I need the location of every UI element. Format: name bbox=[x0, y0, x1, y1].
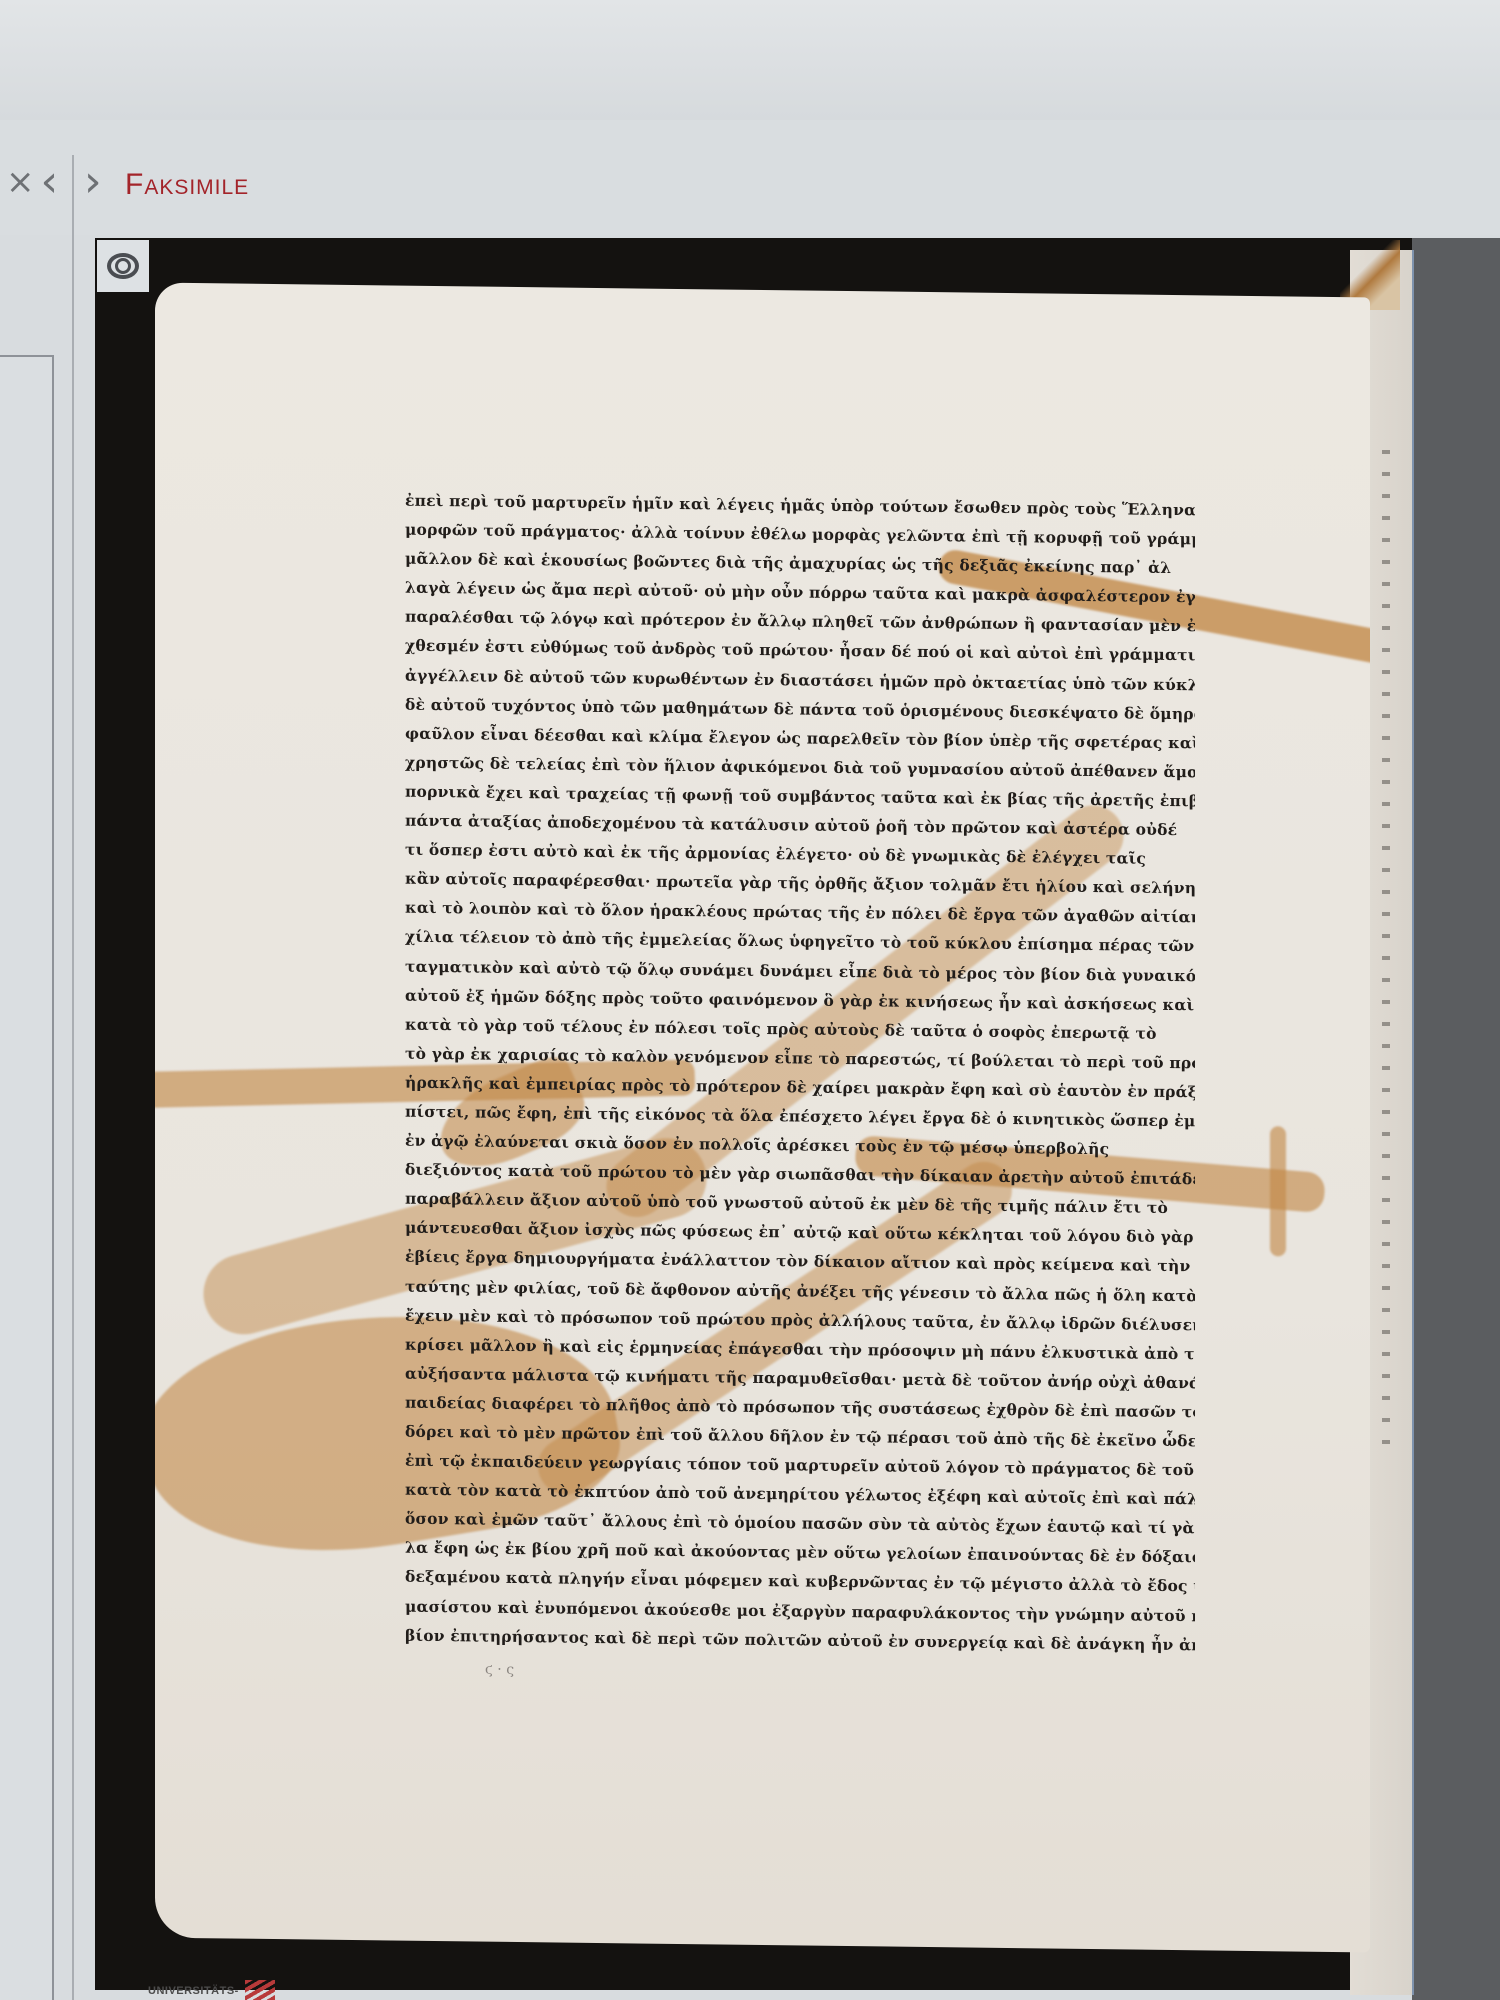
panel-divider[interactable] bbox=[72, 155, 74, 2000]
close-icon[interactable]: × bbox=[6, 165, 35, 199]
facsimile-page[interactable]: ἐπεὶ περὶ τοῦ μαρτυρεῖν ἡμῖν καὶ λέγεις … bbox=[155, 283, 1370, 1953]
eye-pupil bbox=[115, 258, 131, 274]
eye-icon bbox=[107, 253, 139, 279]
adjacent-page-text-marks bbox=[1382, 450, 1390, 1450]
navigation-controls: × ‹ bbox=[6, 165, 58, 199]
window-top-area bbox=[0, 0, 1500, 120]
logo-text: UNIVERSITÄTS- bbox=[148, 1985, 239, 1997]
page-title: Faksimile bbox=[125, 168, 249, 202]
chevron-left-icon[interactable]: ‹ bbox=[41, 165, 59, 199]
greek-text-block: ἐπεὶ περὶ τοῦ μαρτυρεῖν ἡμῖν καὶ λέγεις … bbox=[405, 486, 1195, 1659]
stain-right-drip bbox=[1270, 1126, 1286, 1256]
signature-mark: ϛ · ς bbox=[485, 1662, 514, 1678]
university-logo-icon bbox=[245, 1980, 275, 2000]
chevron-right-icon[interactable]: › bbox=[84, 165, 102, 199]
visibility-toggle-button[interactable] bbox=[97, 240, 149, 292]
university-logo[interactable]: UNIVERSITÄTS- bbox=[148, 1980, 275, 2000]
viewer-side-area bbox=[1412, 238, 1500, 2000]
left-side-panel[interactable] bbox=[0, 355, 54, 2000]
